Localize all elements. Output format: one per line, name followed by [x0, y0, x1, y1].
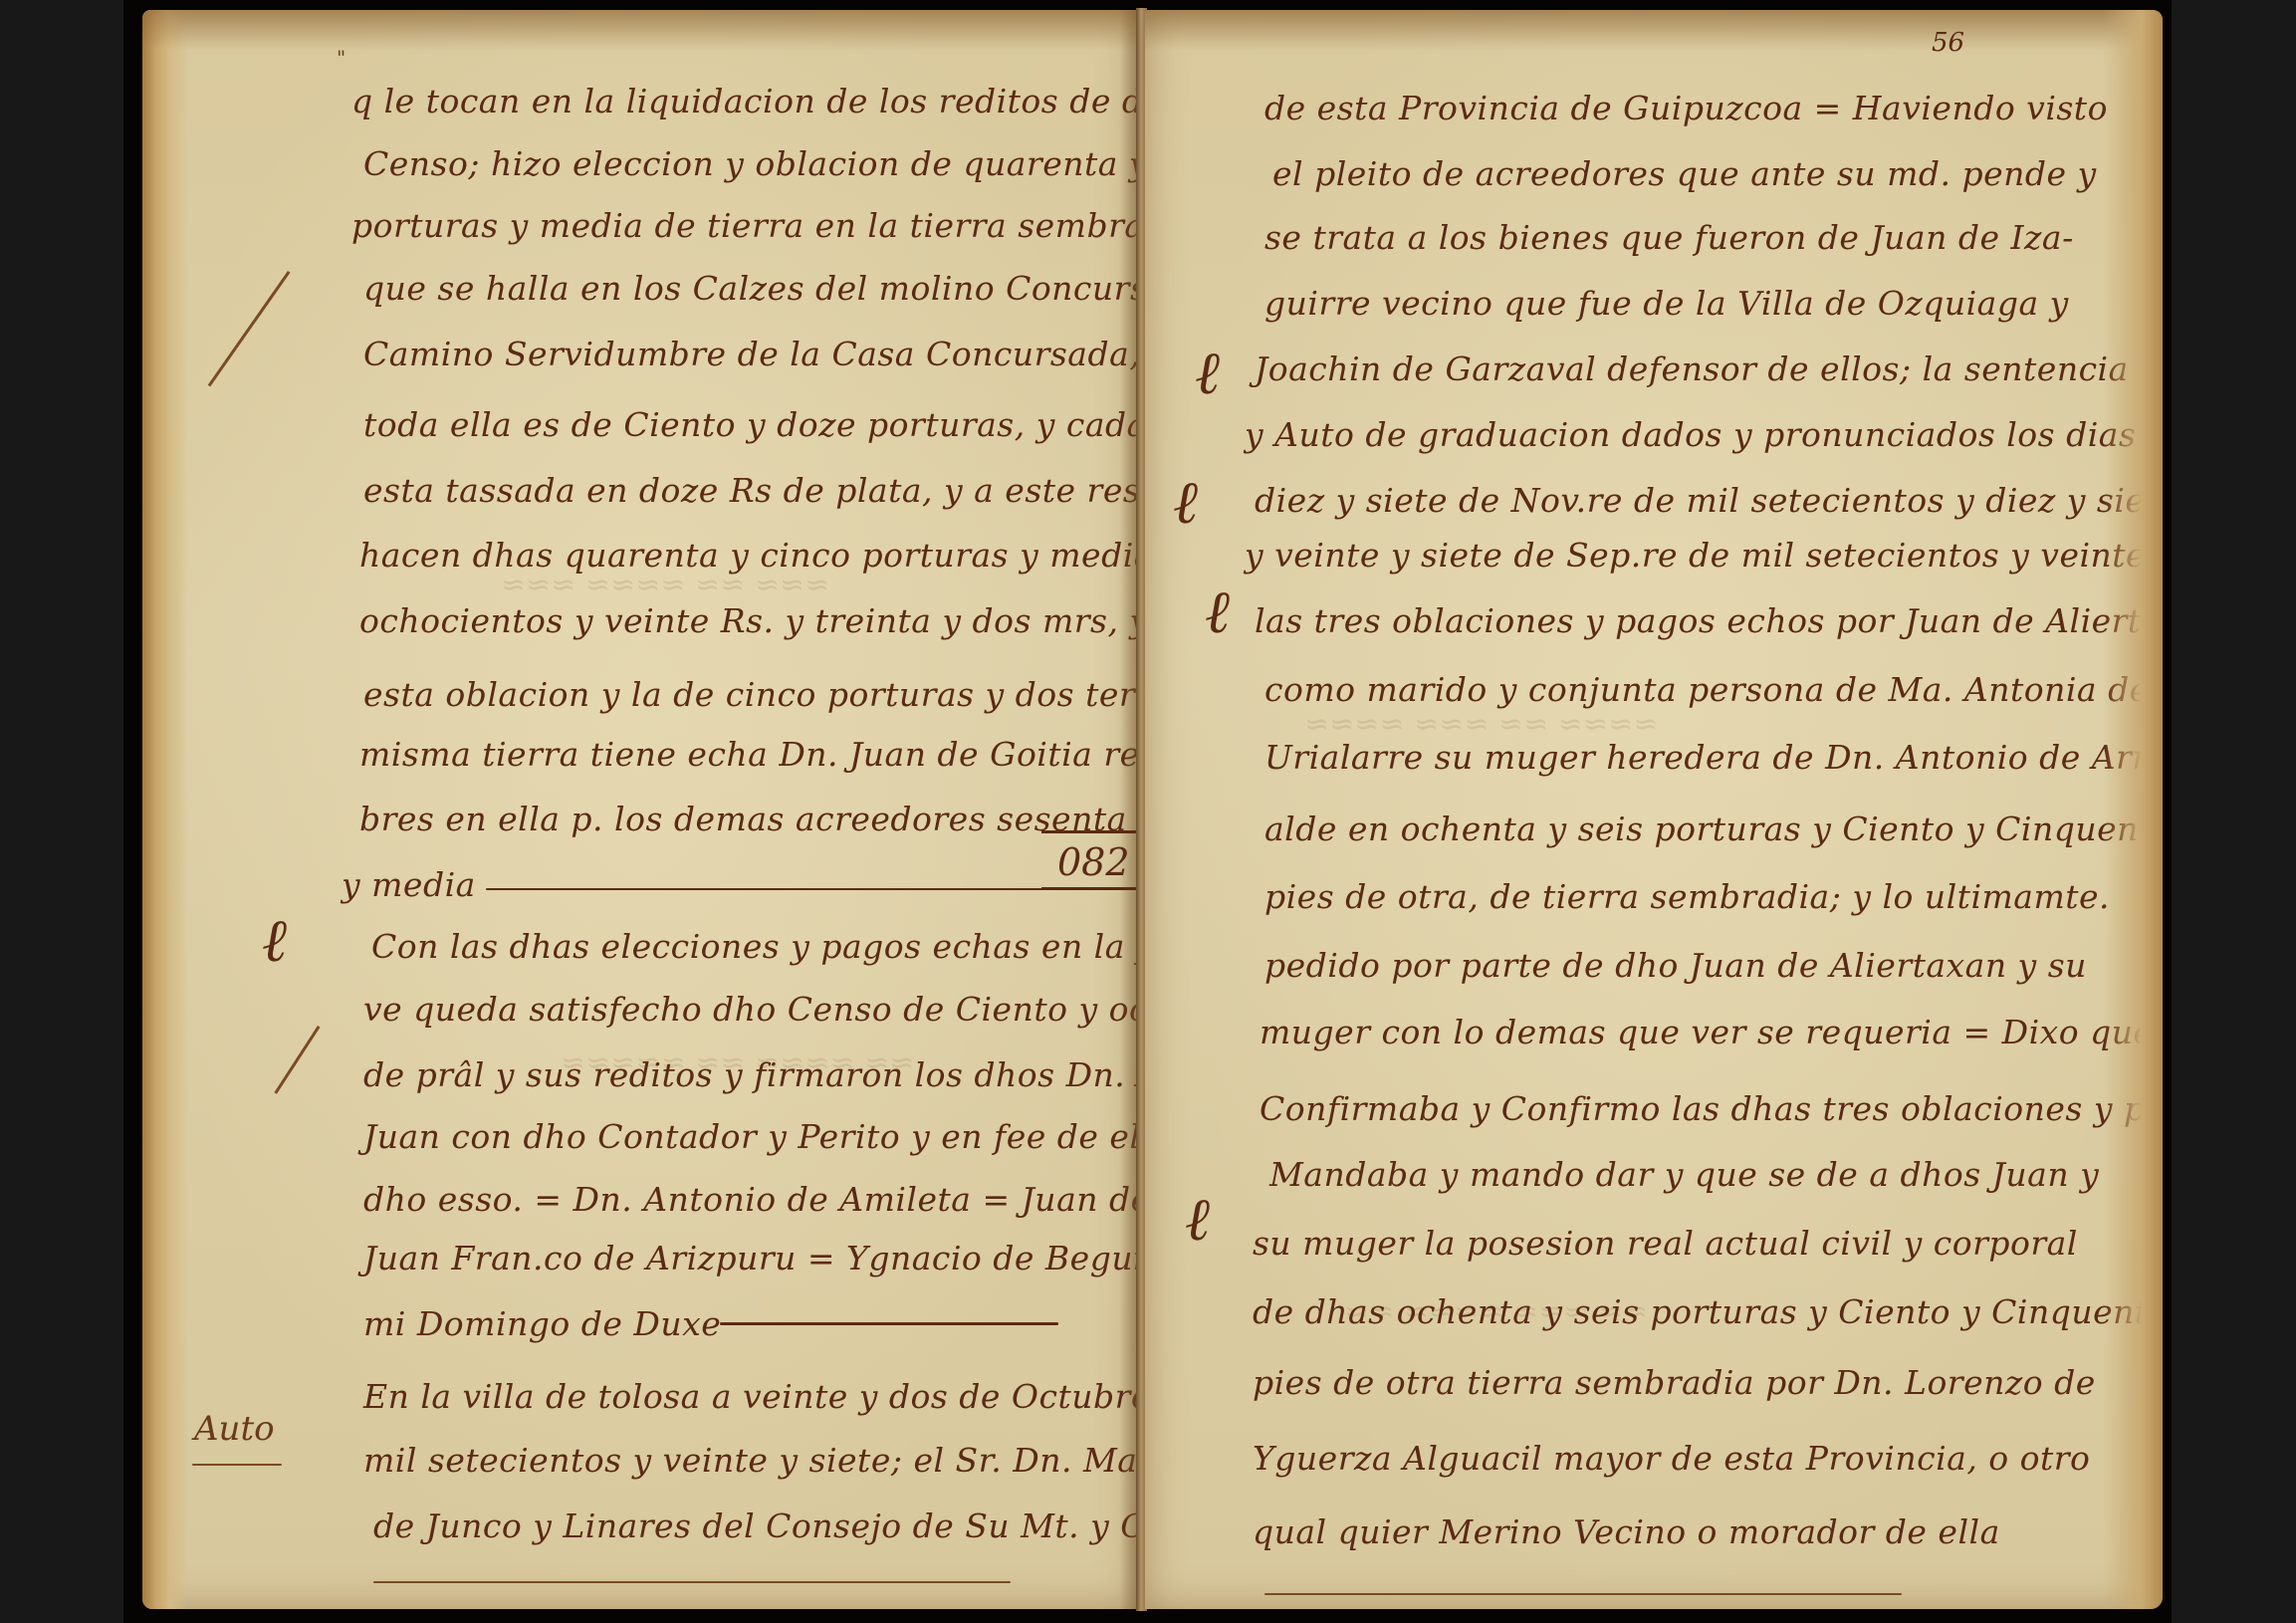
text-line: dho esso. = Dn. Antonio de Amileta = Jua… — [363, 1180, 1138, 1219]
top-mark: " — [337, 46, 345, 70]
text-line: se trata a los bienes que fueron de Juan… — [1264, 218, 2074, 257]
page-number: 56 — [1932, 28, 1964, 58]
left-page: ≈≈≈ ≈≈ ≈≈≈≈ ≈≈≈ ≈≈ ≈≈≈≈ ≈≈ ≈≈≈≈≈ " Auto … — [142, 10, 1138, 1609]
text-line: las tres oblaciones y pagos echos por Ju… — [1255, 601, 2163, 640]
text-line: porturas y media de tierra en la tierra … — [351, 206, 1138, 245]
text-line: Camino Servidumbre de la Casa Concursada… — [363, 335, 1138, 373]
text-line: que se halla en los Calzes del molino Co… — [363, 269, 1138, 308]
text-line: diez y siete de Nov.re de mil seteciento… — [1255, 481, 2163, 520]
text-line: Censo; hizo eleccion y oblacion de quare… — [363, 144, 1138, 183]
text-line: esta oblacion y la de cinco porturas y d… — [363, 675, 1138, 714]
margin-note-auto: Auto — [194, 1409, 275, 1449]
paragraph-flourish: ℓ — [1195, 339, 1220, 408]
paragraph-flourish: ℓ — [1205, 578, 1230, 647]
top-edge-stain — [1145, 10, 2163, 50]
text-line: toda ella es de Ciento y doze porturas, … — [363, 405, 1138, 444]
text-line: mil setecientos y veinte y siete; el Sr.… — [363, 1441, 1138, 1480]
text-line: Confirmaba y Confirmo las dhas tres obla… — [1260, 1089, 2163, 1128]
text-line: como marido y conjunta persona de Ma. An… — [1264, 670, 2150, 709]
text-line: el pleito de acreedores que ante su md. … — [1272, 154, 2097, 193]
ink-bleed-through: ≈≈≈≈ ≈≈ ≈≈≈ ≈≈≈≈ — [1304, 707, 1658, 742]
text-line: Joachin de Garzaval defensor de ellos; l… — [1255, 349, 2129, 388]
text-line: ve queda satisfecho dho Censo de Ciento … — [363, 990, 1138, 1029]
text-line: Yguerza Alguacil mayor de esta Provincia… — [1253, 1439, 2090, 1478]
text-line: de prâl y sus reditos y firmaron los dho… — [363, 1055, 1138, 1094]
text-line: pedido por parte de dho Juan de Aliertax… — [1264, 946, 2087, 985]
closing-rule — [1264, 1593, 1902, 1595]
text-line: bres en ella p. los demas acreedores ses… — [359, 800, 1138, 838]
margin-slash-mark — [208, 271, 291, 386]
text-line: su muger la posesion real actual civil y… — [1253, 1224, 2078, 1263]
paragraph-flourish: ℓ — [1185, 1185, 1210, 1255]
line-filler-rule — [486, 888, 1043, 890]
text-line: alde en ochenta y seis porturas y Ciento… — [1264, 810, 2163, 848]
text-line: q le tocan en la liquidacion de los redi… — [351, 82, 1138, 120]
text-line: mi Domingo de Duxe — [363, 1304, 721, 1343]
text-line: y Auto de graduacion dados y pronunciado… — [1245, 415, 2136, 454]
text-line: Urialarre su muger heredera de Dn. Anton… — [1264, 738, 2163, 777]
text-line: de esta Provincia de Guipuzcoa = Haviend… — [1264, 89, 2108, 127]
text-line: esta tassada en doze Rs de plata, y a es… — [363, 471, 1138, 510]
text-line: Juan Fran.co de Arizpuru = Ygnacio de Be… — [363, 1239, 1138, 1277]
text-line: muger con lo demas que ver se requeria =… — [1260, 1013, 2154, 1051]
text-line: guirre vecino que fue de la Villa de Ozq… — [1264, 284, 2069, 323]
text-line: En la villa de tolosa a veinte y dos de … — [363, 1377, 1138, 1416]
paragraph-flourish: ℓ — [262, 906, 287, 976]
paragraph-flourish: ℓ — [1173, 468, 1198, 538]
text-line: pies de otra, de tierra sembradia; y lo … — [1264, 877, 2110, 916]
text-line: de Junco y Linares del Consejo de Su Mt.… — [373, 1507, 1138, 1545]
text-line: Con las dhas elecciones y pagos echas en… — [371, 927, 1138, 966]
margin-note-underline — [192, 1464, 282, 1466]
text-line: y veinte y siete de Sep.re de mil seteci… — [1245, 536, 2163, 575]
folio-stamp-value: 082 — [1057, 840, 1130, 884]
text-line: de dhas ochenta y seis porturas y Ciento… — [1253, 1292, 2163, 1331]
line-filler-rule — [720, 1322, 1058, 1325]
text-line: pies de otra tierra sembradia por Dn. Lo… — [1253, 1363, 2096, 1402]
margin-slash-mark — [274, 1026, 320, 1094]
text-line: y media — [342, 865, 476, 904]
text-line: ochocientos y veinte Rs. y treinta y dos… — [359, 601, 1138, 640]
text-line: Juan con dho Contador y Perito y en fee … — [363, 1117, 1138, 1156]
text-line: Mandaba y mando dar y que se de a dhos J… — [1269, 1155, 2099, 1194]
closing-rule — [373, 1581, 1011, 1583]
text-line: qual quier Merino Vecino o morador de el… — [1253, 1512, 2000, 1551]
top-edge-stain — [142, 10, 1138, 50]
text-line: hacen dhas quarenta y cinco porturas y m… — [359, 536, 1138, 575]
right-page: ≈≈≈≈ ≈≈ ≈≈≈ ≈≈≈≈ ≈≈ ≈≈≈ ≈≈≈≈ ≈≈ 56 ℓ ℓ ℓ… — [1145, 10, 2163, 1609]
text-line: misma tierra tiene echa Dn. Juan de Goit… — [359, 735, 1138, 774]
folio-stamp-box: 082 — [1041, 830, 1141, 890]
